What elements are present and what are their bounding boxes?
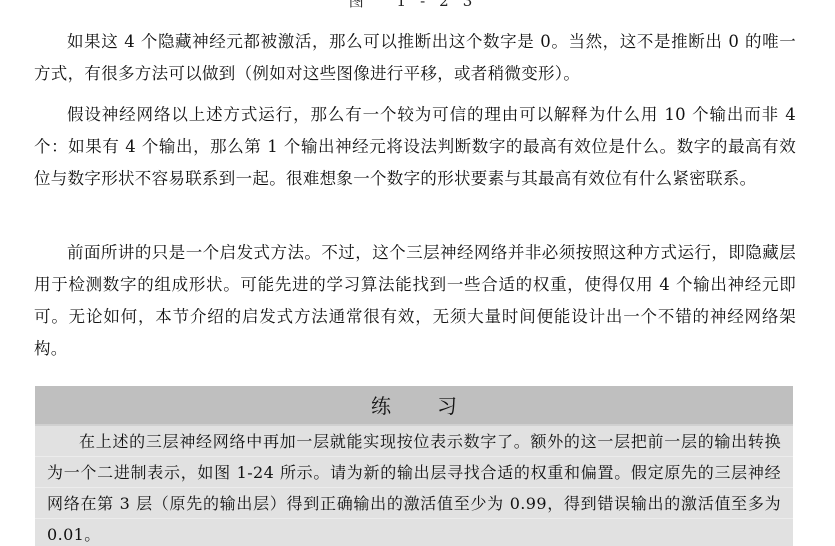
paragraph-hidden-neurons: 如果这 4 个隐藏神经元都被激活，那么可以推断出这个数字是 0。当然，这不是推断… <box>34 26 796 90</box>
paragraph-heuristic: 前面所讲的只是一个启发式方法。不过，这个三层神经网络并非必须按照这种方式运行，即… <box>34 237 796 365</box>
exercise-box: 练习 在上述的三层神经网络中再加一层就能实现按位表示数字了。额外的这一层把前一层… <box>35 386 793 546</box>
exercise-body: 在上述的三层神经网络中再加一层就能实现按位表示数字了。额外的这一层把前一层的输出… <box>35 426 793 546</box>
exercise-title: 练习 <box>35 386 793 426</box>
figure-caption: 图 1-23 <box>0 0 835 11</box>
paragraph-ten-outputs: 假设神经网络以上述方式运行，那么有一个较为可信的理由可以解释为什么用 10 个输… <box>34 99 796 195</box>
